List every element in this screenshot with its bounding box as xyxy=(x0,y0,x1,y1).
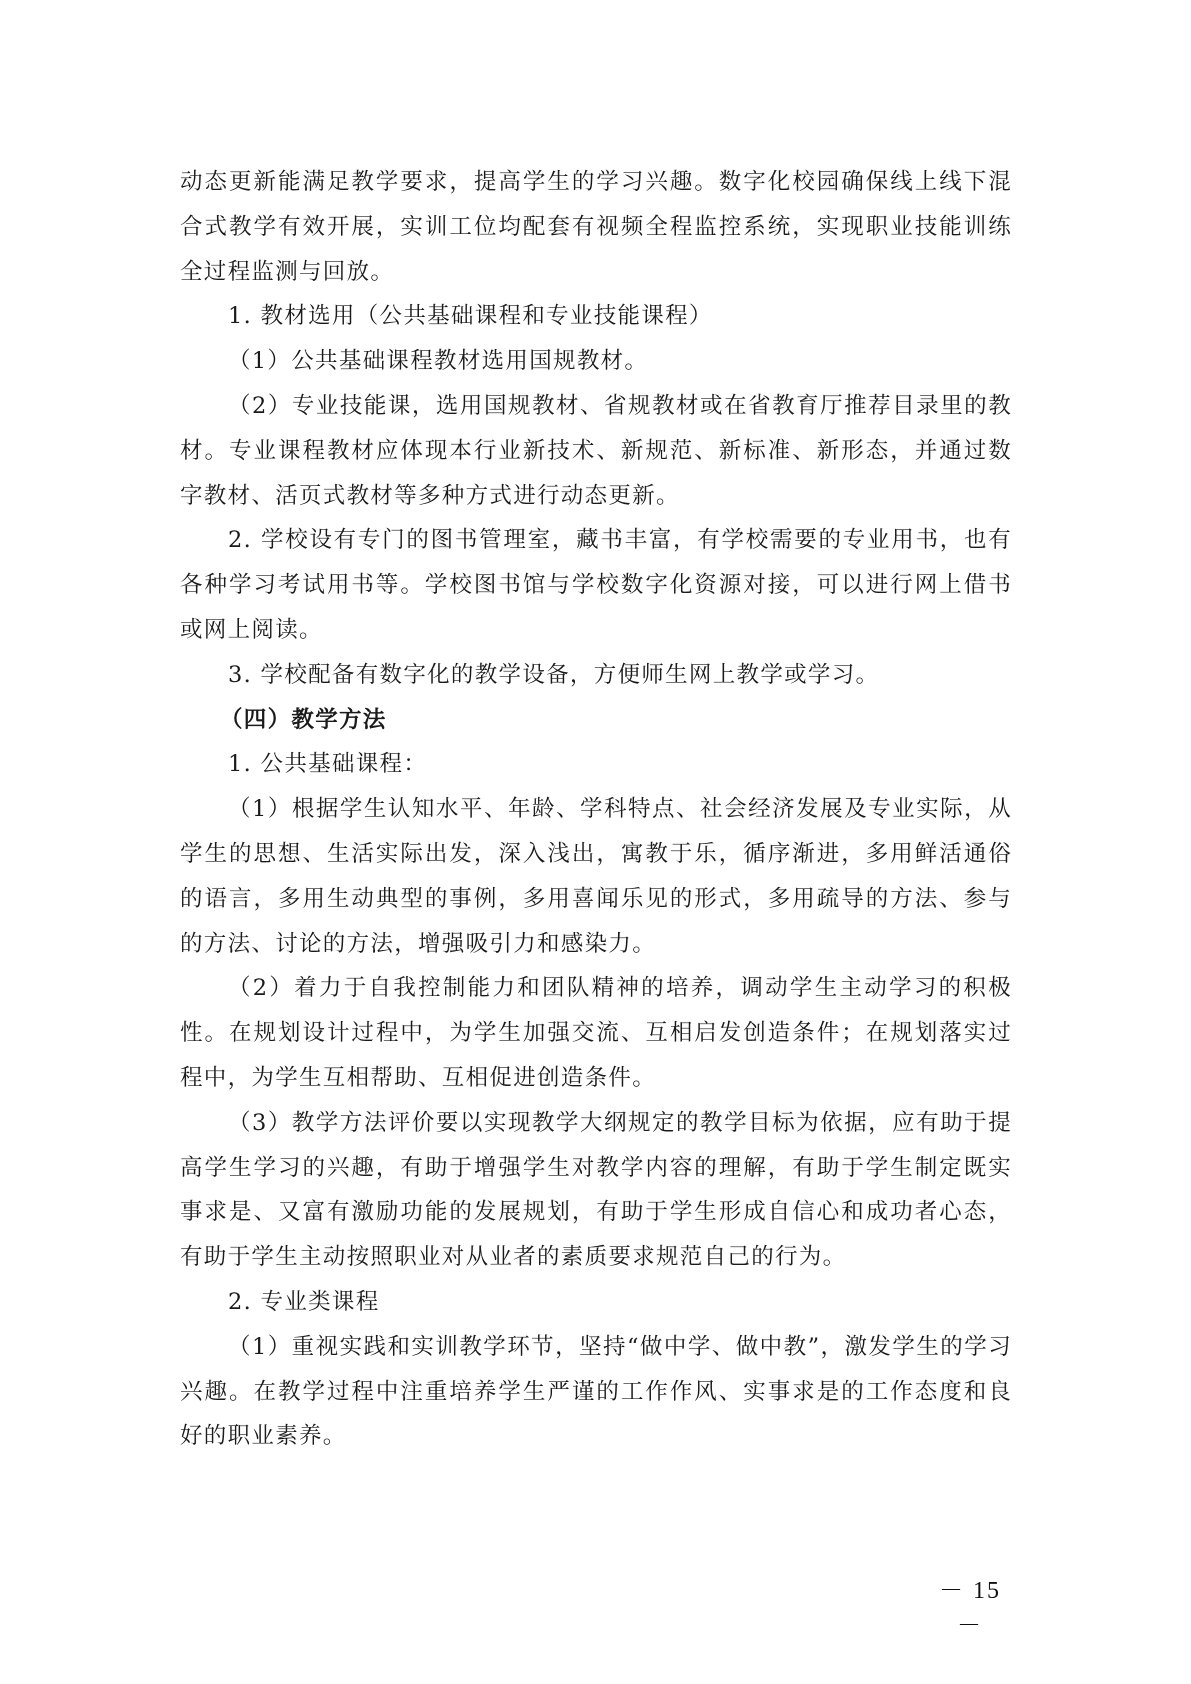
item-public-method-2: （2）着力于自我控制能力和团队精神的培养，调动学生主动学习的积极性。在规划设计过… xyxy=(180,966,1012,1100)
page-number: － 15 － xyxy=(925,1570,1015,1640)
item-public-basic-courses: 1. 公共基础课程： xyxy=(180,742,1012,787)
section-heading-teaching-methods: （四）教学方法 xyxy=(180,698,1012,743)
item-textbook-selection: 1. 教材选用（公共基础课程和专业技能课程） xyxy=(180,294,1012,339)
item-public-method-3: （3）教学方法评价要以实现教学大纲规定的教学目标为依据，应有助于提高学生学习的兴… xyxy=(180,1101,1012,1280)
item-library: 2. 学校设有专门的图书管理室，藏书丰富，有学校需要的专业用书，也有各种学习考试… xyxy=(180,518,1012,652)
item-professional-course-textbooks: （2）专业技能课，选用国规教材、省规教材或在省教育厅推荐目录里的教材。专业课程教… xyxy=(180,384,1012,518)
item-digital-equipment: 3. 学校配备有数字化的教学设备，方便师生网上教学或学习。 xyxy=(180,653,1012,698)
item-public-course-textbooks: （1）公共基础课程教材选用国规教材。 xyxy=(180,339,1012,384)
item-professional-courses: 2. 专业类课程 xyxy=(180,1280,1012,1325)
item-public-method-1: （1）根据学生认知水平、年龄、学科特点、社会经济发展及专业实际，从学生的思想、生… xyxy=(180,787,1012,966)
document-body: 动态更新能满足教学要求，提高学生的学习兴趣。数字化校园确保线上线下混合式教学有效… xyxy=(180,160,1012,1459)
item-professional-method-1: （1）重视实践和实训教学环节，坚持“做中学、做中教”，激发学生的学习兴趣。在教学… xyxy=(180,1325,1012,1459)
paragraph-continuation: 动态更新能满足教学要求，提高学生的学习兴趣。数字化校园确保线上线下混合式教学有效… xyxy=(180,160,1012,294)
